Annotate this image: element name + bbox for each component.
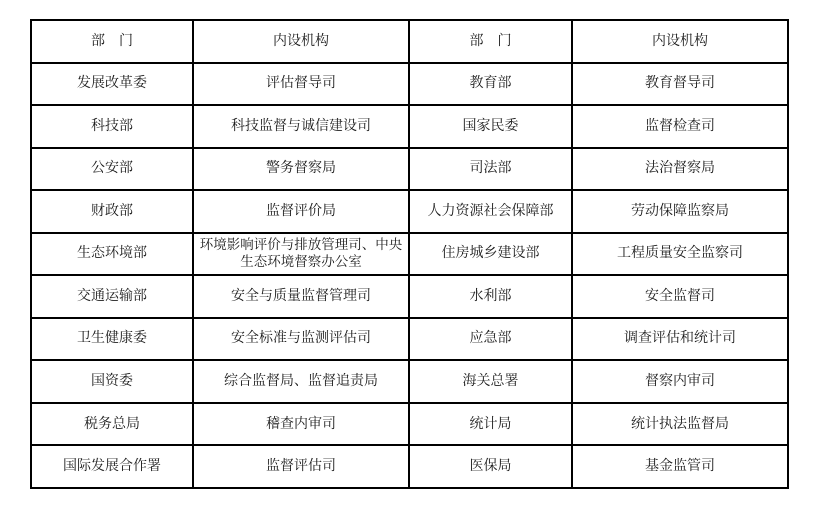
table-row: 生态环境部 环境影响评价与排放管理司、中央生态环境督察办公室 住房城乡建设部 工… <box>31 233 788 276</box>
agency-cell: 警务督察局 <box>193 148 409 191</box>
agency-cell: 安全监督司 <box>572 275 788 318</box>
department-cell: 生态环境部 <box>31 233 193 276</box>
table-row: 税务总局 稽查内审司 统计局 统计执法监督局 <box>31 403 788 446</box>
department-cell: 公安部 <box>31 148 193 191</box>
table-row: 财政部 监督评价局 人力资源社会保障部 劳动保障监察局 <box>31 190 788 233</box>
header-department: 部 门 <box>409 20 572 63</box>
department-cell: 发展改革委 <box>31 63 193 106</box>
department-cell: 海关总署 <box>409 360 572 403</box>
department-cell: 人力资源社会保障部 <box>409 190 572 233</box>
agency-cell: 科技监督与诚信建设司 <box>193 105 409 148</box>
department-cell: 应急部 <box>409 318 572 361</box>
header-department: 部 门 <box>31 20 193 63</box>
table-row: 科技部 科技监督与诚信建设司 国家民委 监督检查司 <box>31 105 788 148</box>
department-cell: 国际发展合作署 <box>31 445 193 488</box>
agency-cell: 督察内审司 <box>572 360 788 403</box>
department-cell: 医保局 <box>409 445 572 488</box>
header-internal-agency: 内设机构 <box>572 20 788 63</box>
department-cell: 教育部 <box>409 63 572 106</box>
agency-cell: 监督评价局 <box>193 190 409 233</box>
department-cell: 住房城乡建设部 <box>409 233 572 276</box>
department-cell: 国家民委 <box>409 105 572 148</box>
table-row: 交通运输部 安全与质量监督管理司 水利部 安全监督司 <box>31 275 788 318</box>
department-cell: 税务总局 <box>31 403 193 446</box>
department-cell: 科技部 <box>31 105 193 148</box>
department-oversight-table: 部 门 内设机构 部 门 内设机构 发展改革委 评估督导司 教育部 教育督导司 … <box>30 19 789 489</box>
agency-cell: 统计执法监督局 <box>572 403 788 446</box>
agency-cell: 监督评估司 <box>193 445 409 488</box>
agency-cell: 监督检查司 <box>572 105 788 148</box>
table-row: 卫生健康委 安全标准与监测评估司 应急部 调查评估和统计司 <box>31 318 788 361</box>
table-row: 公安部 警务督察局 司法部 法治督察局 <box>31 148 788 191</box>
header-internal-agency: 内设机构 <box>193 20 409 63</box>
department-cell: 国资委 <box>31 360 193 403</box>
agency-cell: 安全标准与监测评估司 <box>193 318 409 361</box>
agency-cell: 基金监管司 <box>572 445 788 488</box>
table-row: 国资委 综合监督局、监督追责局 海关总署 督察内审司 <box>31 360 788 403</box>
agency-cell: 工程质量安全监察司 <box>572 233 788 276</box>
department-cell: 统计局 <box>409 403 572 446</box>
agency-cell: 评估督导司 <box>193 63 409 106</box>
department-cell: 水利部 <box>409 275 572 318</box>
agency-cell: 环境影响评价与排放管理司、中央生态环境督察办公室 <box>193 233 409 276</box>
department-cell: 财政部 <box>31 190 193 233</box>
department-cell: 司法部 <box>409 148 572 191</box>
agency-cell: 综合监督局、监督追责局 <box>193 360 409 403</box>
agency-cell: 调查评估和统计司 <box>572 318 788 361</box>
agency-cell: 稽查内审司 <box>193 403 409 446</box>
agency-cell: 教育督导司 <box>572 63 788 106</box>
table-row: 发展改革委 评估督导司 教育部 教育督导司 <box>31 63 788 106</box>
agency-cell: 法治督察局 <box>572 148 788 191</box>
department-cell: 卫生健康委 <box>31 318 193 361</box>
agency-cell: 安全与质量监督管理司 <box>193 275 409 318</box>
agency-cell: 劳动保障监察局 <box>572 190 788 233</box>
table-header-row: 部 门 内设机构 部 门 内设机构 <box>31 20 788 63</box>
department-cell: 交通运输部 <box>31 275 193 318</box>
table-row: 国际发展合作署 监督评估司 医保局 基金监管司 <box>31 445 788 488</box>
